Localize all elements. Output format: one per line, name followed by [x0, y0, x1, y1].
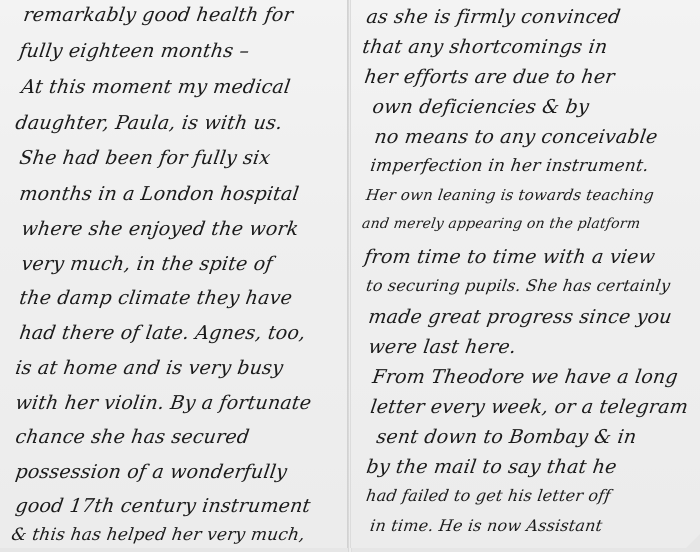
handwritten-line: from time to time with a view [363, 246, 657, 268]
handwritten-line: & this has helped her very much, [10, 525, 306, 545]
handwritten-line: where she enjoyed the work [20, 218, 300, 240]
handwritten-line: were last here. [367, 336, 518, 358]
handwritten-line: and merely appearing on the platform [361, 216, 641, 232]
handwritten-line: had there of late. Agnes, too, [18, 322, 307, 344]
handwritten-line: letter every week, or a telegram [369, 396, 690, 418]
handwritten-line: chance she has secured [14, 426, 251, 448]
letter-page-left: remarkably good health for fully eightee… [0, 0, 348, 548]
handwritten-line: own deficiencies & by [371, 96, 591, 118]
handwritten-line: Her own leaning is towards teaching [365, 186, 655, 204]
handwritten-line: possession of a wonderfully [14, 461, 289, 483]
handwritten-line: very much, in the spite of [20, 253, 274, 275]
handwritten-line: At this moment my medical [20, 76, 292, 98]
letter-spread: remarkably good health for fully eightee… [0, 0, 700, 552]
handwritten-line: is at home and is very busy [14, 357, 285, 379]
handwritten-line: sent down to Bombay & in [375, 426, 638, 448]
handwritten-line: months in a London hospital [18, 183, 300, 205]
handwritten-line: made great progress since you [367, 306, 673, 328]
handwritten-line: no means to any conceivable [373, 126, 659, 148]
handwritten-line: imperfection in her instrument. [369, 156, 650, 176]
handwritten-line: that any shortcomings in [361, 36, 609, 58]
handwritten-line: in time. He is now Assistant [369, 516, 604, 535]
handwritten-line: as she is firmly convinced [365, 6, 622, 28]
handwritten-line: her efforts are due to her [363, 66, 616, 88]
handwritten-line: She had been for fully six [18, 147, 272, 169]
handwritten-line: From Theodore we have a long [371, 366, 679, 388]
handwritten-line: good 17th century instrument [14, 495, 312, 517]
handwritten-line: to securing pupils. She has certainly [365, 276, 672, 295]
handwritten-line: the damp climate they have [18, 287, 294, 309]
handwritten-line: fully eighteen months – [18, 40, 251, 62]
handwritten-line: by the mail to say that he [365, 456, 618, 478]
handwritten-line: remarkably good health for [22, 4, 294, 26]
letter-page-right: as she is firmly convinced that any shor… [350, 0, 700, 548]
handwritten-line: daughter, Paula, is with us. [14, 112, 284, 134]
handwritten-line: with her violin. By a fortunate [14, 392, 313, 414]
handwritten-line: had failed to get his letter off [365, 486, 612, 505]
